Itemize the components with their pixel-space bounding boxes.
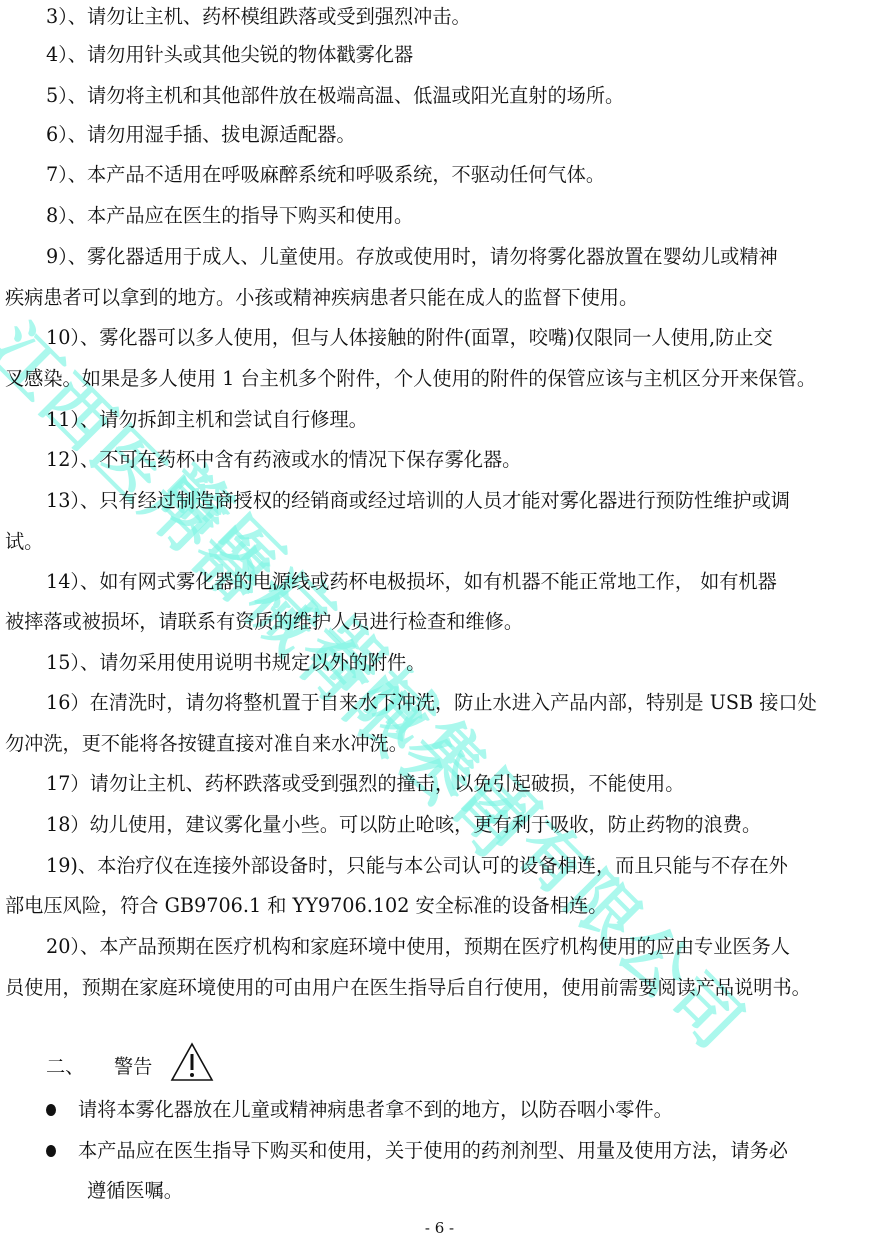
item-13-line-1: 13）、只有经过制造商授权的经销商或经过培训的人员才能对雾化器进行预防性维护或调 <box>46 488 879 514</box>
item-20-line-2: 员使用，预期在家庭环境使用的可由用户在医生指导后自行使用，使用前需要阅读产品说明… <box>5 975 879 1001</box>
warning-triangle-icon <box>170 1042 214 1082</box>
item-16-line-2: 勿冲洗，更不能将各按键直接对准自来水冲洗。 <box>5 731 879 757</box>
item-9-line-2: 疾病患者可以拿到的地方。小孩或精神疾病患者只能在成人的监督下使用。 <box>5 285 879 311</box>
item-12: 12）、不可在药杯中含有药液或水的情况下保存雾化器。 <box>46 447 879 473</box>
document-page: 江西医用器械有限公司 赣医疗器械集团有限公司 3）、请勿让主机、药杯模组跌落或受… <box>0 0 879 1244</box>
item-20-line-1: 20）、本产品预期在医疗机构和家庭环境中使用，预期在医疗机构使用的应由专业医务人 <box>46 934 879 960</box>
item-13-line-2: 试。 <box>5 529 879 555</box>
item-5: 5）、请勿将主机和其他部件放在极端高温、低温或阳光直射的场所。 <box>46 83 879 109</box>
page-number: - 6 - <box>0 1219 879 1237</box>
bullet-icon <box>46 1145 56 1157</box>
item-19-line-2: 部电压风险，符合 GB9706.1 和 YY9706.102 安全标准的设备相连… <box>5 893 879 919</box>
item-19-line-1: 19)、本治疗仪在连接外部设备时，只能与本公司认可的设备相连，而且只能与不存在外 <box>46 853 879 879</box>
item-11: 11）、请勿拆卸主机和尝试自行修理。 <box>46 407 879 433</box>
item-7: 7）、本产品不适用在呼吸麻醉系统和呼吸系统，不驱动任何气体。 <box>46 162 879 188</box>
item-9-line-1: 9）、雾化器适用于成人、儿童使用。存放或使用时，请勿将雾化器放置在婴幼儿或精神 <box>46 244 879 270</box>
item-8: 8）、本产品应在医生的指导下购买和使用。 <box>46 203 879 229</box>
item-14-line-2: 被摔落或被损坏，请联系有资质的维护人员进行检查和维修。 <box>5 609 879 635</box>
warning-bullet-2-continuation: 遵循医嘱。 <box>87 1178 183 1204</box>
section-heading-warning: 二、 警告 <box>46 1052 214 1082</box>
item-17: 17）请勿让主机、药杯跌落或受到强烈的撞击，以免引起破损，不能使用。 <box>46 771 879 797</box>
bullet-icon <box>46 1104 56 1116</box>
item-16-line-1: 16）在清洗时，请勿将整机置于自来水下冲洗，防止水进入产品内部，特别是 USB … <box>46 690 879 716</box>
item-18: 18）幼儿使用，建议雾化量小些。可以防止呛咳，更有利于吸收，防止药物的浪费。 <box>46 812 879 838</box>
warning-bullet-1: 请将本雾化器放在儿童或精神病患者拿不到的地方，以防吞咽小零件。 <box>46 1097 673 1123</box>
item-15: 15）、请勿采用使用说明书规定以外的附件。 <box>46 650 879 676</box>
item-3: 3）、请勿让主机、药杯模组跌落或受到强烈冲击。 <box>46 4 879 30</box>
item-4: 4）、请勿用针头或其他尖锐的物体戳雾化器 <box>46 42 879 68</box>
section-title: 警告 <box>114 1054 152 1080</box>
item-6: 6）、请勿用湿手插、拔电源适配器。 <box>46 122 879 148</box>
item-10-line-1: 10）、雾化器可以多人使用，但与人体接触的附件(面罩，咬嘴)仅限同一人使用,防止… <box>46 325 879 351</box>
item-10-line-2: 叉感染。如果是多人使用 1 台主机多个附件，个人使用的附件的保管应该与主机区分开… <box>5 366 879 392</box>
warning-bullet-2: 本产品应在医生指导下购买和使用，关于使用的药剂剂型、用量及使用方法，请务必 <box>46 1138 788 1164</box>
warning-bullet-1-text: 请将本雾化器放在儿童或精神病患者拿不到的地方，以防吞咽小零件。 <box>78 1097 673 1123</box>
section-number: 二、 <box>46 1054 114 1080</box>
item-14-line-1: 14）、如有网式雾化器的电源线或药杯电极损坏，如有机器不能正常地工作， 如有机器 <box>46 569 879 595</box>
warning-bullet-2-text: 本产品应在医生指导下购买和使用，关于使用的药剂剂型、用量及使用方法，请务必 <box>78 1138 788 1164</box>
